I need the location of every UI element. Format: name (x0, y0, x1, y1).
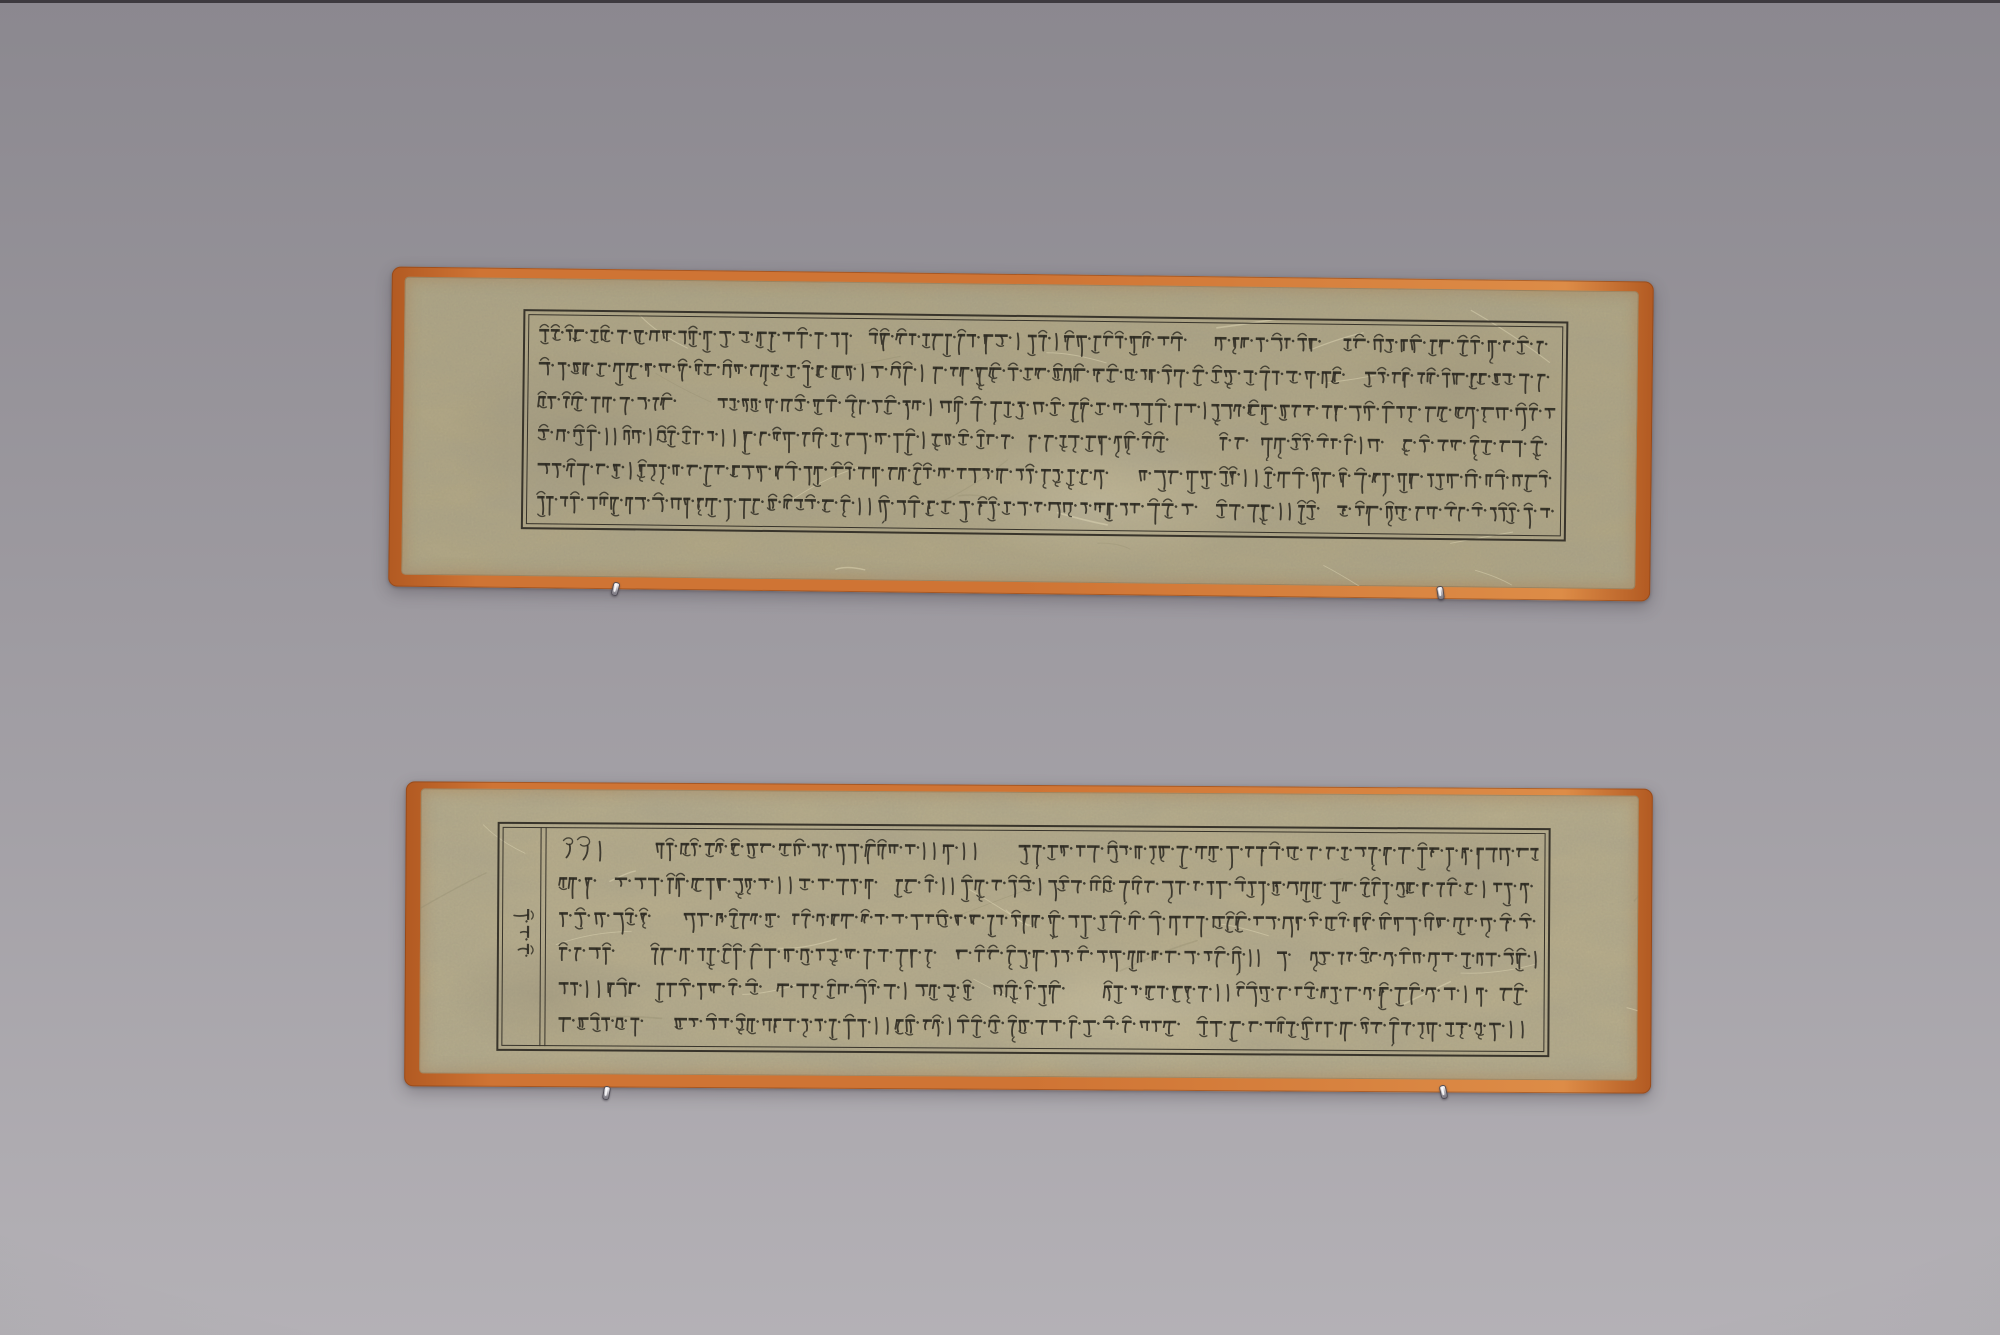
manuscript-text-line (557, 972, 1538, 1012)
text-block (535, 319, 1556, 531)
photograph (0, 0, 2000, 1335)
paper-surface (401, 277, 1638, 590)
manuscript-text-line (557, 867, 1538, 907)
manuscript-text-line (557, 832, 1538, 872)
manuscript-text-line (556, 1007, 1537, 1047)
paper-surface (419, 788, 1639, 1080)
manuscript-leaf-upper (388, 267, 1654, 602)
text-frame (521, 309, 1569, 541)
text-frame (496, 822, 1550, 1057)
text-block (556, 832, 1538, 1047)
photo-top-edge (0, 0, 2000, 3)
manuscript-leaf-lower (404, 781, 1653, 1093)
margin-divider-line (539, 827, 541, 1046)
folio-margin-label (510, 904, 536, 968)
manuscript-text-line (557, 902, 1538, 942)
studio-background (0, 0, 2000, 1335)
margin-compartment (501, 827, 546, 1046)
manuscript-text-line (557, 937, 1538, 977)
